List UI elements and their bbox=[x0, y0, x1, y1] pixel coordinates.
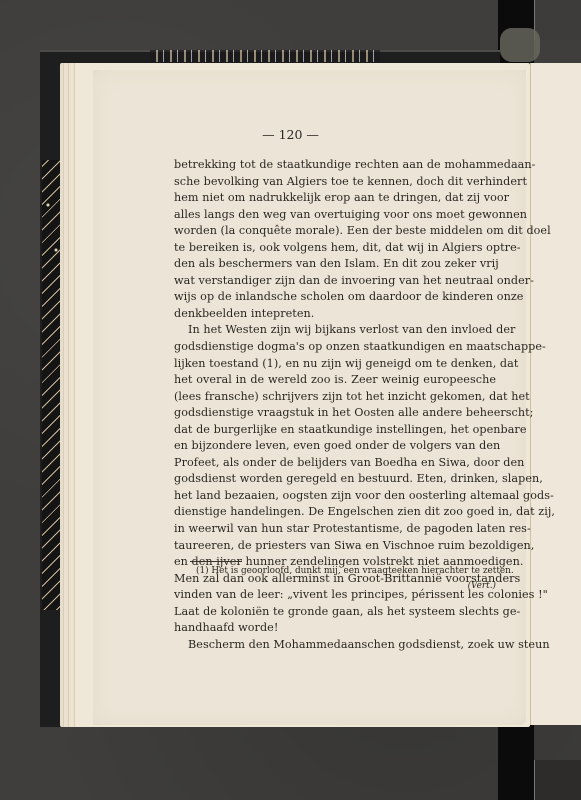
text-line: het land bezaaien, oogsten zijn voor den… bbox=[174, 488, 496, 505]
bookmark-ribbon-icon bbox=[500, 28, 540, 62]
text-line: Bescherm den Mohammedaanschen godsdienst… bbox=[174, 637, 496, 654]
page-number: — 120 — bbox=[0, 127, 581, 142]
text-line: sche bevolking van Algiers toe te kennen… bbox=[174, 174, 496, 191]
text-line: dienstige handelingen. De Engelschen zie… bbox=[174, 504, 496, 521]
text-line: handhaafd worde! bbox=[174, 620, 496, 637]
text-line: betrekking tot de staatkundige rechten a… bbox=[174, 157, 496, 174]
marbled-spine-edge bbox=[42, 160, 62, 610]
text-line: het overal in de wereld zoo is. Zeer wei… bbox=[174, 372, 496, 389]
footnote-divider bbox=[190, 561, 242, 562]
marbled-top-edge bbox=[150, 50, 380, 62]
text-line: Profeet, als onder de belijders van Boed… bbox=[174, 455, 496, 472]
text-line: In het Westen zijn wij bijkans verlost v… bbox=[174, 322, 496, 339]
text-line: godsdienstige dogma's op onzen staatkund… bbox=[174, 339, 496, 356]
footnote-text: (1) Het is geoorloofd, dunkt mij, een vr… bbox=[196, 564, 498, 579]
footnote: (1) Het is geoorloofd, dunkt mij, een vr… bbox=[196, 564, 498, 594]
text-line: taureeren, de priesters van Siwa en Visc… bbox=[174, 538, 496, 555]
text-line: godsdienst worden geregeld en bestuurd. … bbox=[174, 471, 496, 488]
text-line: Laat de koloniën te gronde gaan, als het… bbox=[174, 604, 496, 621]
footnote-signature: (Vert.) bbox=[196, 579, 498, 594]
text-line: in weerwil van hun star Protestantisme, … bbox=[174, 521, 496, 538]
text-line: alles langs den weg van overtuiging voor… bbox=[174, 207, 496, 224]
text-line: en bijzondere leven, even goed onder de … bbox=[174, 438, 496, 455]
paragraph: betrekking tot de staatkundige rechten a… bbox=[174, 157, 496, 322]
text-line: dat de burgerlijke en staatkundige inste… bbox=[174, 422, 496, 439]
text-line: lijken toestand (1), en nu zijn wij gene… bbox=[174, 356, 496, 373]
text-line: hem niet om nadrukkelijk erop aan te dri… bbox=[174, 190, 496, 207]
text-line: wat verstandiger zijn dan de invoering v… bbox=[174, 273, 496, 290]
text-line: godsdienstige vraagstuk in het Oosten al… bbox=[174, 405, 496, 422]
paragraph: Bescherm den Mohammedaanschen godsdienst… bbox=[174, 637, 496, 654]
facing-cover-bottom bbox=[534, 760, 581, 800]
facing-cover-top bbox=[534, 0, 581, 40]
text-line: te bereiken is, ook volgens hem, dit, da… bbox=[174, 240, 496, 257]
text-line: worden (la conquête morale). Een der bes… bbox=[174, 223, 496, 240]
text-line: wijs op de inlandsche scholen om daardoo… bbox=[174, 289, 496, 306]
text-line: den als beschermers van den Islam. En di… bbox=[174, 256, 496, 273]
facing-page bbox=[530, 63, 581, 725]
text-line: denkbeelden intepreten. bbox=[174, 306, 496, 323]
text-line: (lees fransche) schrijvers zijn tot het … bbox=[174, 389, 496, 406]
